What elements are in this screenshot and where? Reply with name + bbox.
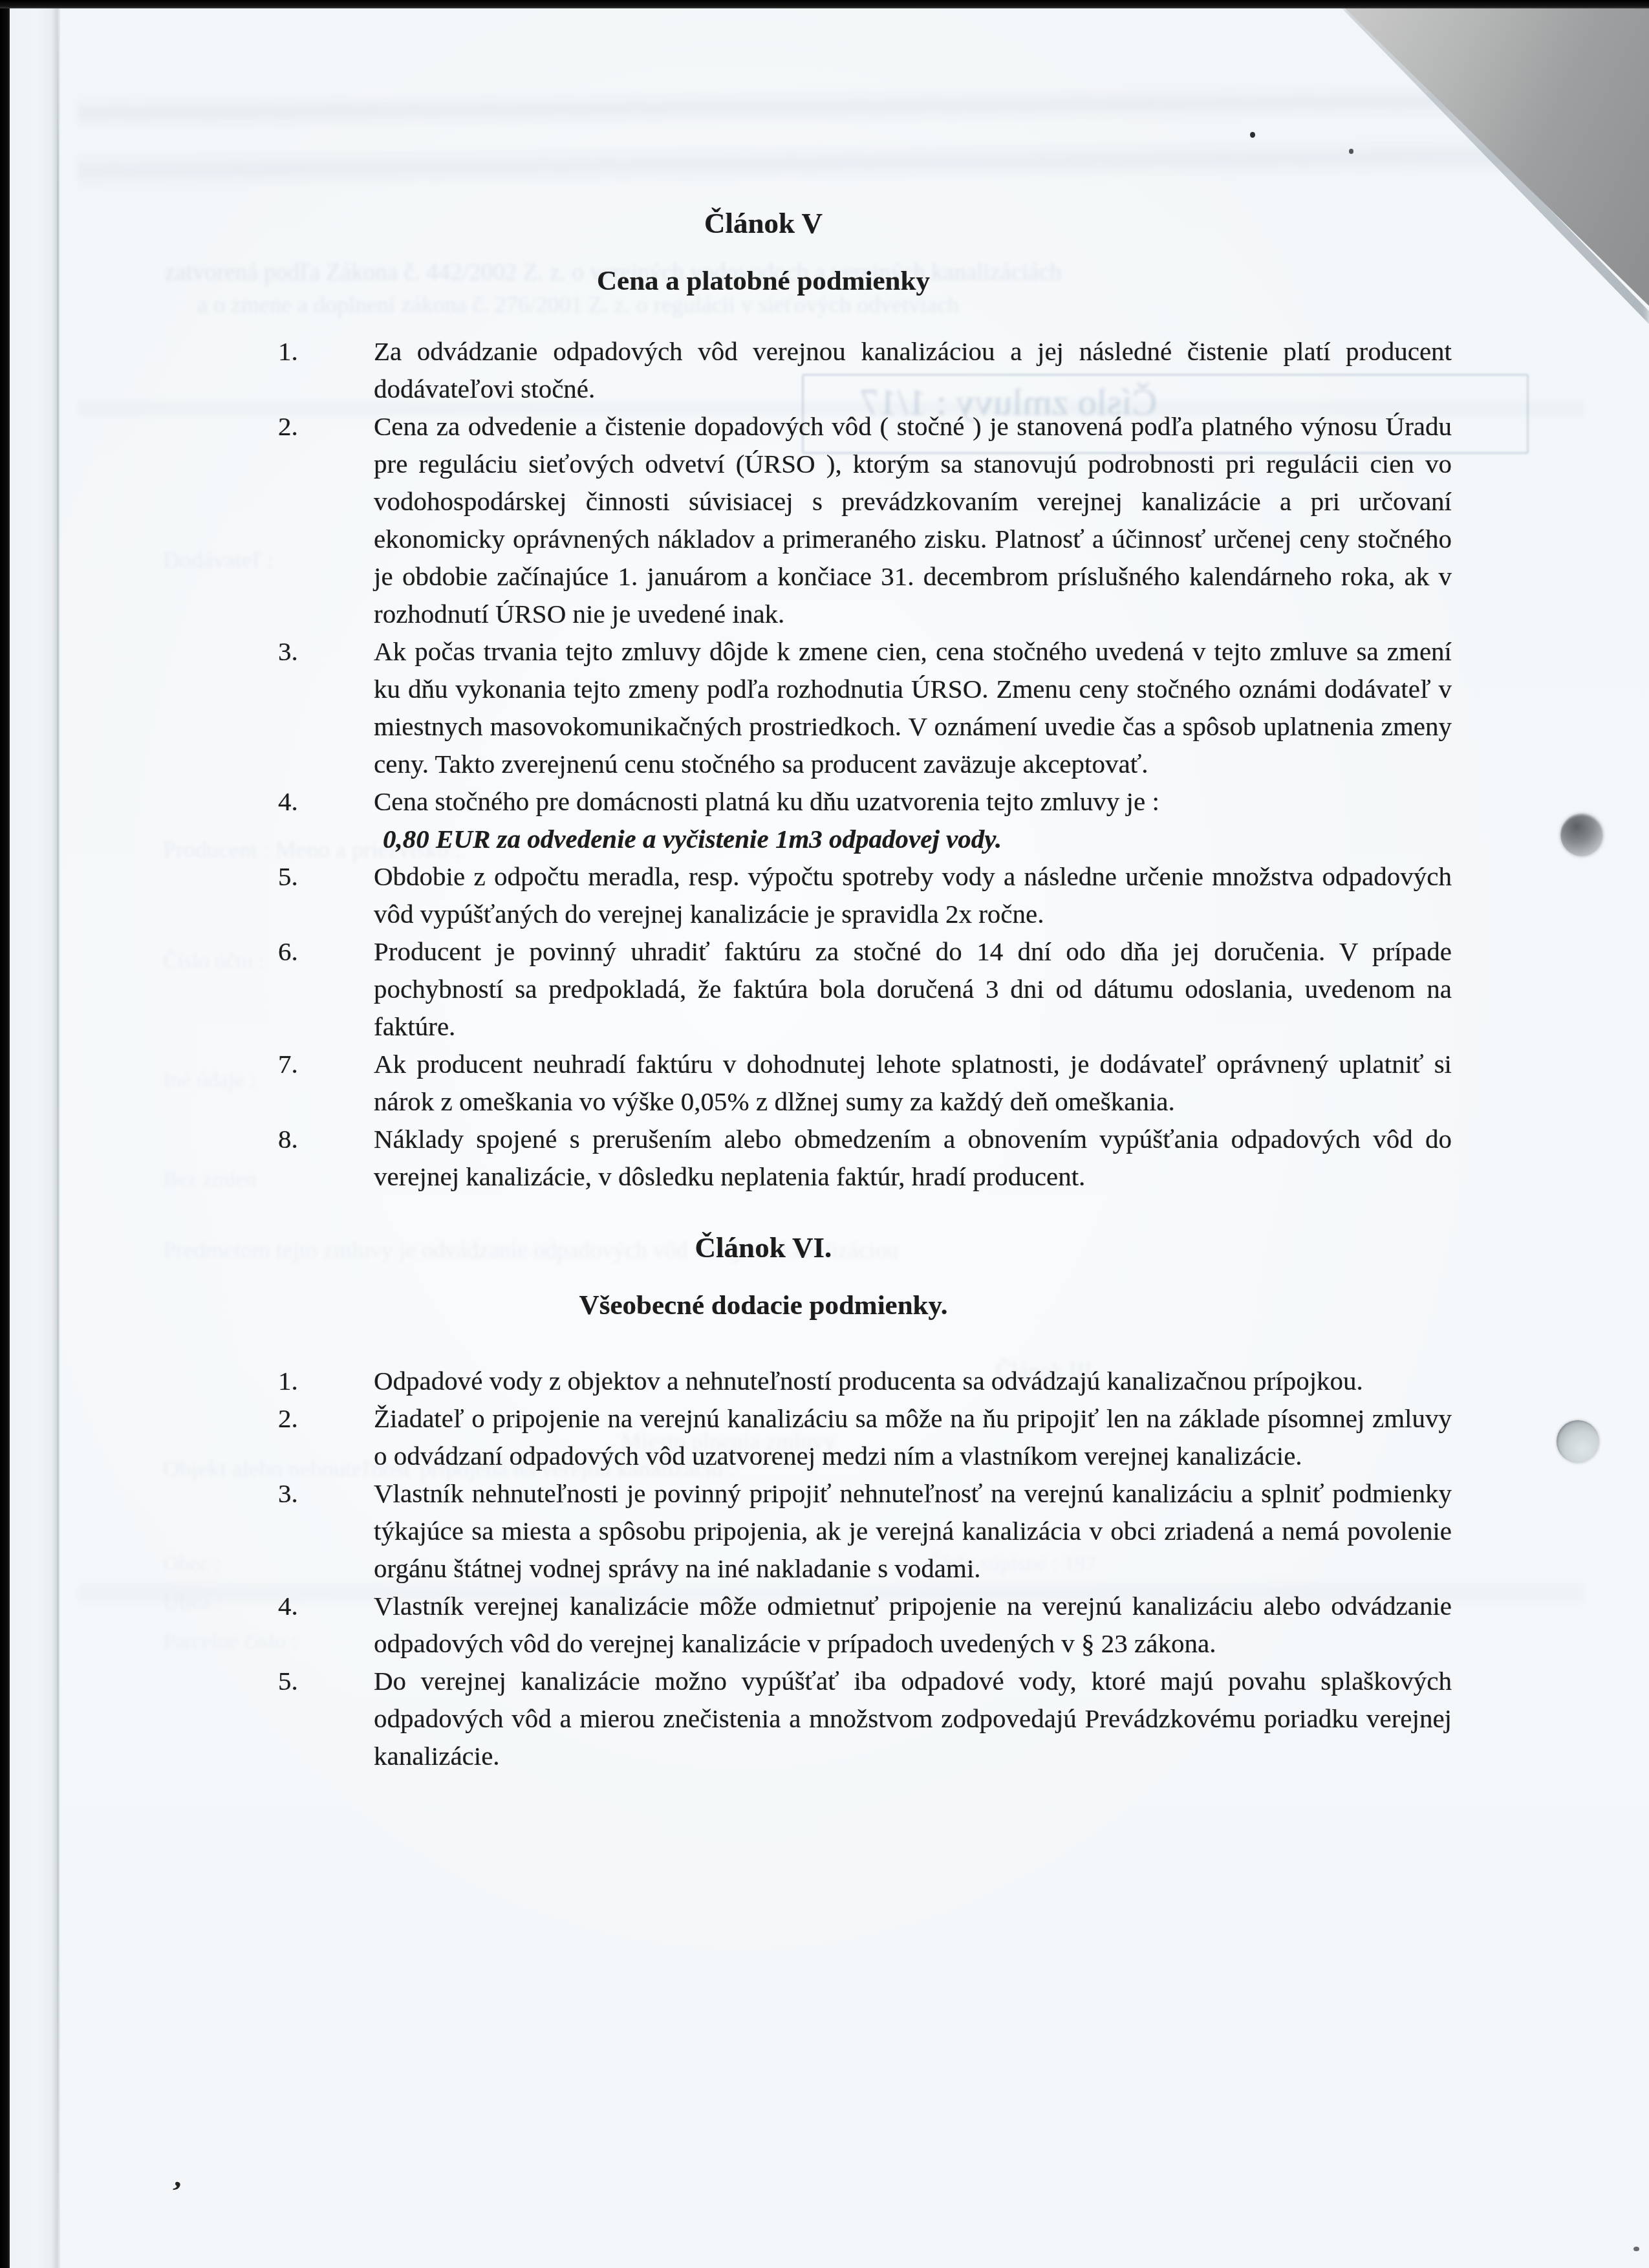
scanned-page: zatvorená podľa Zákona č. 442/2002 Z. z.…	[0, 0, 1649, 2268]
ghost-bleedthrough-text: Iné údaje :	[163, 1068, 256, 1093]
clause-text: Ak počas trvania tejto zmluvy dôjde k zm…	[374, 632, 1452, 783]
clause-item: 1.Odpadové vody z objektov a nehnuteľnos…	[278, 1362, 1452, 1399]
clause-text: Cena za odvedenie a čistenie dopadových …	[374, 407, 1452, 632]
clause-list: 1.Za odvádzanie odpadových vôd verejnou …	[278, 332, 1452, 1195]
ink-speck	[1633, 2247, 1639, 2251]
clause-number: 4.	[278, 1587, 374, 1662]
clause-number: 8.	[278, 1120, 374, 1195]
clause-text: Žiadateľ o pripojenie na verejnú kanaliz…	[374, 1399, 1452, 1474]
section-title: Článok V	[177, 206, 1350, 241]
page-edge-strip	[10, 0, 60, 2268]
clause-number: 2.	[278, 407, 374, 632]
clause-item: 3.Vlastník nehnuteľnosti je povinný prip…	[278, 1474, 1452, 1587]
clause-emphasis-price: 0,80 EUR za odvedenie a vyčistenie 1m3 o…	[374, 820, 1452, 858]
clause-list: 1.Odpadové vody z objektov a nehnuteľnos…	[278, 1362, 1452, 1775]
clause-item: 5.Do verejnej kanalizácie možno vypúšťať…	[278, 1662, 1452, 1775]
ghost-bleedthrough-text: Číslo účtu :	[163, 949, 264, 974]
ghost-bleedthrough-text: Bez zmien	[163, 1167, 256, 1192]
clause-text: Ak producent neuhradí faktúru v dohodnut…	[374, 1045, 1452, 1120]
contract-section: Článok VCena a platobné podmienky1.Za od…	[278, 206, 1452, 1195]
clause-number: 6.	[278, 933, 374, 1045]
punch-hole-bottom	[1557, 1420, 1599, 1463]
clause-text: Obdobie z odpočtu meradla, resp. výpočtu…	[374, 858, 1452, 933]
section-title: Článok VI.	[177, 1230, 1350, 1265]
clause-text: Za odvádzanie odpadových vôd verejnou ka…	[374, 332, 1452, 407]
clause-number: 5.	[278, 858, 374, 933]
punch-hole-top	[1560, 814, 1603, 856]
scan-streak	[78, 83, 1584, 131]
clause-item: 2.Žiadateľ o pripojenie na verejnú kanal…	[278, 1399, 1452, 1474]
clause-item: 8.Náklady spojené s prerušením alebo obm…	[278, 1120, 1452, 1195]
clause-text: Producent je povinný uhradiť faktúru za …	[374, 933, 1452, 1045]
clause-text: Vlastník verejnej kanalizácie môže odmie…	[374, 1587, 1452, 1662]
pen-mark: ’	[167, 2174, 185, 2209]
clause-text: Náklady spojené s prerušením alebo obmed…	[374, 1120, 1452, 1195]
clause-text: Do verejnej kanalizácie možno vypúšťať i…	[374, 1662, 1452, 1775]
clause-number: 2.	[278, 1399, 374, 1474]
clause-item: 2.Cena za odvedenie a čistenie dopadovýc…	[278, 407, 1452, 632]
page-crease-line	[57, 13, 59, 2268]
document-body: Článok VCena a platobné podmienky1.Za od…	[278, 206, 1452, 1775]
clause-item: 4.Vlastník verejnej kanalizácie môže odm…	[278, 1587, 1452, 1662]
clause-number: 3.	[278, 1474, 374, 1587]
clause-item: 1.Za odvádzanie odpadových vôd verejnou …	[278, 332, 1452, 407]
scan-streak	[78, 136, 1585, 190]
ghost-bleedthrough-text: Obec :	[163, 1552, 221, 1577]
ink-speck	[1250, 132, 1255, 138]
clause-number: 5.	[278, 1662, 374, 1775]
clause-item: 7.Ak producent neuhradí faktúru v dohodn…	[278, 1045, 1452, 1120]
clause-text: Vlastník nehnuteľnosti je povinný pripoj…	[374, 1474, 1452, 1587]
clause-number: 1.	[278, 332, 374, 407]
ghost-bleedthrough-text: Ulica :	[163, 1591, 222, 1615]
ghost-bleedthrough-text: Parcelné číslo :	[163, 1630, 297, 1654]
ghost-bleedthrough-text: Dodávateľ :	[163, 546, 274, 574]
clause-number: 3.	[278, 632, 374, 783]
scanner-edge-top	[0, 0, 1649, 8]
clause-text: Cena stočného pre domácnosti platná ku d…	[374, 783, 1452, 858]
ink-speck	[1349, 149, 1353, 154]
contract-section: Článok VI.Všeobecné dodacie podmienky.1.…	[278, 1230, 1452, 1775]
clause-item: 5.Obdobie z odpočtu meradla, resp. výpoč…	[278, 858, 1452, 933]
clause-number: 7.	[278, 1045, 374, 1120]
clause-item: 3.Ak počas trvania tejto zmluvy dôjde k …	[278, 632, 1452, 783]
scanner-edge-left	[0, 0, 10, 2268]
section-subtitle: Všeobecné dodacie podmienky.	[177, 1288, 1350, 1323]
clause-number: 1.	[278, 1362, 374, 1399]
clause-item: 4.Cena stočného pre domácnosti platná ku…	[278, 783, 1452, 858]
clause-item: 6.Producent je povinný uhradiť faktúru z…	[278, 933, 1452, 1045]
clause-text: Odpadové vody z objektov a nehnuteľností…	[374, 1362, 1452, 1399]
section-subtitle: Cena a platobné podmienky	[177, 264, 1350, 299]
clause-number: 4.	[278, 783, 374, 858]
